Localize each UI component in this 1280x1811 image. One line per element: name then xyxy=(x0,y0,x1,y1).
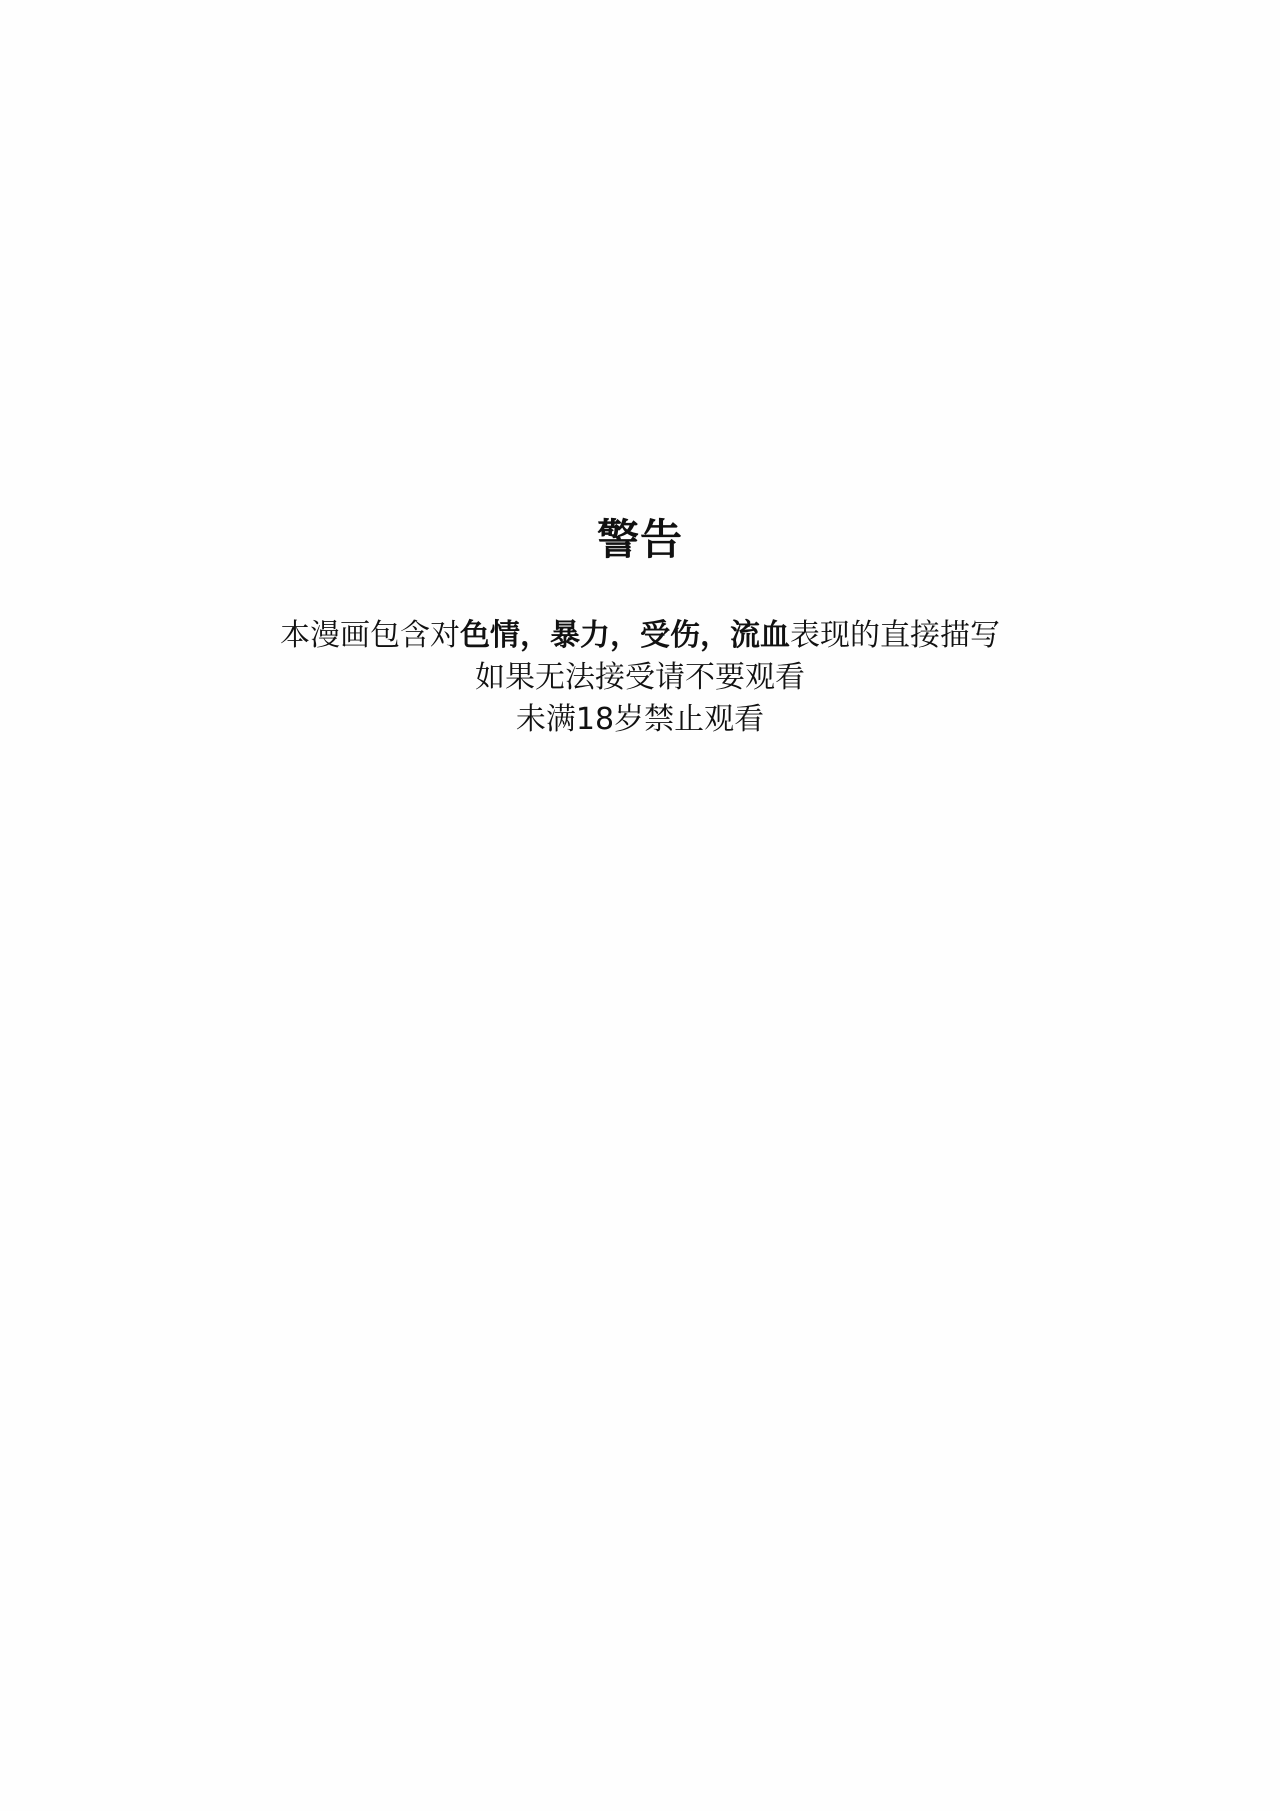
line1-suffix: 表现的直接描写 xyxy=(790,618,1000,653)
content-warning-line: 本漫画包含对色情，暴力，受伤，流血表现的直接描写 xyxy=(0,615,1280,657)
separator: ， xyxy=(610,618,640,653)
separator: ， xyxy=(520,618,550,653)
warning-page: 警告 本漫画包含对色情，暴力，受伤，流血表现的直接描写 如果无法接受请不要观看 … xyxy=(0,0,1280,1811)
keyword-violence: 暴力 xyxy=(550,618,610,653)
separator: ， xyxy=(700,618,730,653)
keyword-sexual: 色情 xyxy=(460,618,520,653)
warning-body: 本漫画包含对色情，暴力，受伤，流血表现的直接描写 如果无法接受请不要观看 未满1… xyxy=(0,615,1280,741)
keyword-bloodshed: 流血 xyxy=(730,618,790,653)
line1-prefix: 本漫画包含对 xyxy=(280,618,460,653)
warning-title: 警告 xyxy=(0,512,1280,568)
do-not-view-line: 如果无法接受请不要观看 xyxy=(0,657,1280,699)
age-restriction-line: 未满18岁禁止观看 xyxy=(0,699,1280,741)
keyword-injury: 受伤 xyxy=(640,618,700,653)
